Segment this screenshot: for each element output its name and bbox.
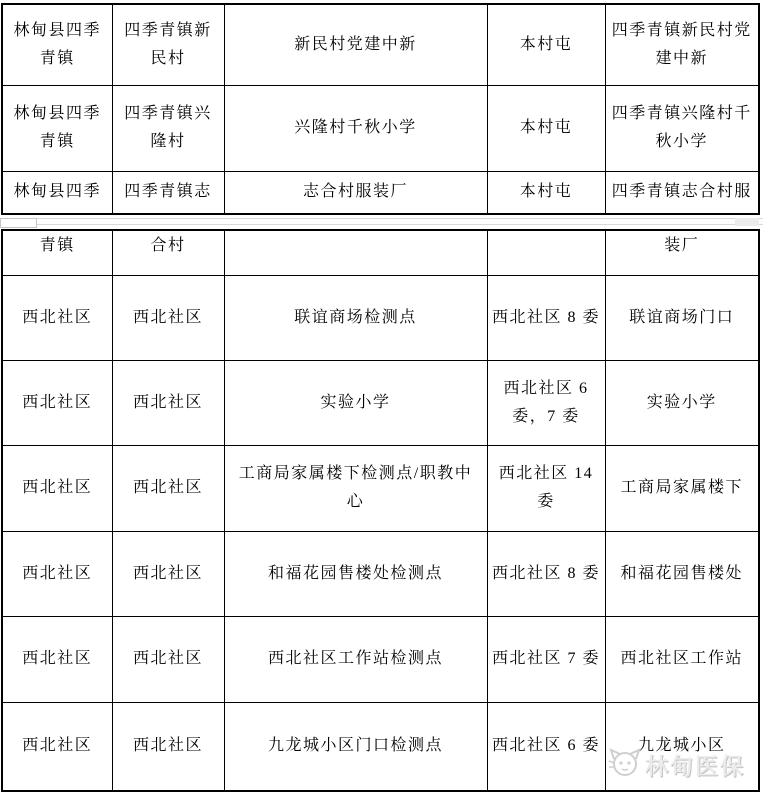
table-cell: 西北社区 8 委	[487, 275, 605, 360]
testing-points-table-bottom: 青镇 合村 装厂 西北社区 西北社区 联谊商场检测点 西北社区 8 委 联谊商场…	[1, 229, 760, 792]
document-page: 林甸县四季 青镇 四季青镇新 民村 新民村党建中新 本村屯 四季青镇新民村党 建…	[0, 3, 763, 797]
table-cell: 西北社区	[112, 445, 224, 531]
table-cell: 西北社区	[112, 360, 224, 445]
table-cell: 四季青镇志合村服	[605, 171, 759, 214]
table-cell: 本村屯	[487, 171, 605, 214]
table-cell: 本村屯	[487, 4, 605, 85]
table-row: 西北社区 西北社区 和福花园售楼处检测点 西北社区 8 委 和福花园售楼处	[2, 531, 759, 616]
testing-points-table-top: 林甸县四季 青镇 四季青镇新 民村 新民村党建中新 本村屯 四季青镇新民村党 建…	[1, 3, 760, 215]
table-cell: 西北社区	[2, 616, 112, 702]
table-cell	[224, 230, 487, 275]
table-row-split-lower: 青镇 合村 装厂	[2, 230, 759, 275]
table-row: 西北社区 西北社区 九龙城小区门口检测点 西北社区 6 委 九龙城小区	[2, 702, 759, 791]
page-break-line	[0, 218, 763, 225]
table-cell: 四季青镇新 民村	[112, 4, 224, 85]
table-cell: 九龙城小区门口检测点	[224, 702, 487, 791]
table-cell: 西北社区 7 委	[487, 616, 605, 702]
table-row: 西北社区 西北社区 实验小学 西北社区 6 委，7 委 实验小学	[2, 360, 759, 445]
table-cell: 兴隆村千秋小学	[224, 85, 487, 171]
table-cell: 西北社区	[112, 702, 224, 791]
table-cell: 西北社区	[2, 445, 112, 531]
table-row: 西北社区 西北社区 联谊商场检测点 西北社区 8 委 联谊商场门口	[2, 275, 759, 360]
table-cell: 本村屯	[487, 85, 605, 171]
table-row: 西北社区 西北社区 工商局家属楼下检测点/职教中 心 西北社区 14 委 工商局…	[2, 445, 759, 531]
table-cell: 西北社区 14 委	[487, 445, 605, 531]
page-break-left-marker	[0, 218, 37, 228]
table-cell: 西北社区	[112, 616, 224, 702]
table-cell: 四季青镇新民村党 建中新	[605, 4, 759, 85]
table-cell: 四季青镇志	[112, 171, 224, 214]
table-cell: 西北社区 6 委，7 委	[487, 360, 605, 445]
table-row: 西北社区 西北社区 西北社区工作站检测点 西北社区 7 委 西北社区工作站	[2, 616, 759, 702]
table-cell: 合村	[112, 230, 224, 275]
table-cell: 西北社区	[2, 702, 112, 791]
table-row: 林甸县四季 青镇 四季青镇新 民村 新民村党建中新 本村屯 四季青镇新民村党 建…	[2, 4, 759, 85]
table-cell: 西北社区	[2, 531, 112, 616]
table-cell: 西北社区	[2, 275, 112, 360]
table-cell: 西北社区 8 委	[487, 531, 605, 616]
page-break-gap	[0, 215, 763, 229]
table-cell: 联谊商场门口	[605, 275, 759, 360]
table-cell: 实验小学	[605, 360, 759, 445]
table-row-split-upper: 林甸县四季 四季青镇志 志合村服装厂 本村屯 四季青镇志合村服	[2, 171, 759, 214]
table-cell: 新民村党建中新	[224, 4, 487, 85]
table-cell: 林甸县四季	[2, 171, 112, 214]
table-cell: 工商局家属楼下	[605, 445, 759, 531]
table-cell: 西北社区 6 委	[487, 702, 605, 791]
table-cell: 四季青镇兴隆村千 秋小学	[605, 85, 759, 171]
table-row: 林甸县四季 青镇 四季青镇兴 隆村 兴隆村千秋小学 本村屯 四季青镇兴隆村千 秋…	[2, 85, 759, 171]
table-cell: 林甸县四季 青镇	[2, 4, 112, 85]
table-cell: 西北社区	[2, 360, 112, 445]
table-cell: 西北社区	[112, 531, 224, 616]
table-cell: 西北社区工作站检测点	[224, 616, 487, 702]
table-cell: 林甸县四季 青镇	[2, 85, 112, 171]
table-cell	[487, 230, 605, 275]
table-cell: 志合村服装厂	[224, 171, 487, 214]
table-cell: 四季青镇兴 隆村	[112, 85, 224, 171]
table-cell: 西北社区工作站	[605, 616, 759, 702]
table-cell: 装厂	[605, 230, 759, 275]
table-cell: 青镇	[2, 230, 112, 275]
table-cell: 九龙城小区	[605, 702, 759, 791]
table-cell: 西北社区	[112, 275, 224, 360]
table-cell: 和福花园售楼处检测点	[224, 531, 487, 616]
table-cell: 和福花园售楼处	[605, 531, 759, 616]
table-cell: 工商局家属楼下检测点/职教中 心	[224, 445, 487, 531]
table-cell: 实验小学	[224, 360, 487, 445]
table-cell: 联谊商场检测点	[224, 275, 487, 360]
page-break-right-marker	[735, 218, 759, 226]
